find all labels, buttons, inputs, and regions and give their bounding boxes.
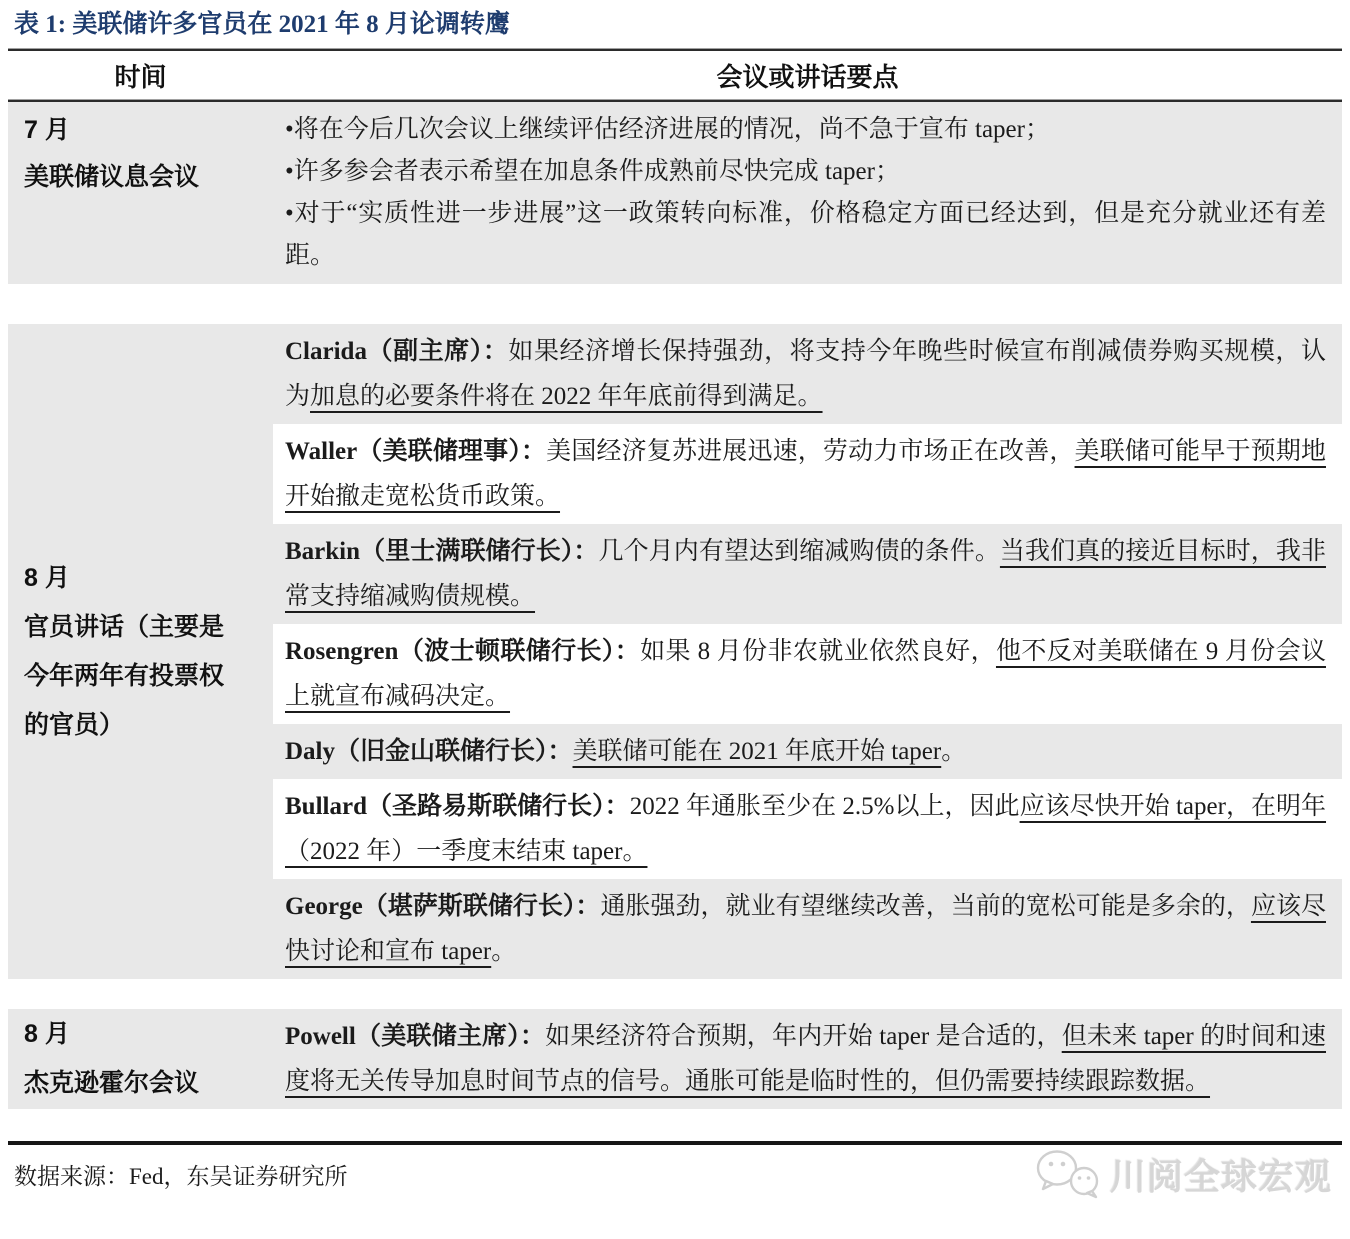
official-statement: George（堪萨斯联储行长）：通胀强劲，就业有望继续改善，当前的宽松可能是多余… <box>273 879 1342 979</box>
official-statement: Bullard（圣路易斯联储行长）：2022 年通胀至少在 2.5%以上，因此应… <box>273 779 1342 879</box>
content-cell: Powell（美联储主席）：如果经济符合预期，年内开始 taper 是合适的，但… <box>273 1009 1342 1109</box>
time-cell: 8 月官员讲话（主要是今年两年有投票权的官员） <box>8 324 273 979</box>
statement-text: 美国经济复苏进展迅速，劳动力市场正在改善， <box>546 438 1074 465</box>
statement-text: 如果 8 月份非农就业依然良好， <box>640 638 996 665</box>
underlined-text: 美联储可能在 2021 年底开始 taper <box>573 738 942 765</box>
statement-text: 。 <box>491 938 516 965</box>
header-points-column: 会议或讲话要点 <box>273 57 1342 94</box>
official-statement: Daly（旧金山联储行长）：美联储可能在 2021 年底开始 taper。 <box>273 724 1342 779</box>
official-name: Bullard（圣路易斯联储行长）： <box>285 793 630 820</box>
time-line: 8 月 <box>24 554 273 603</box>
row-gap <box>8 979 1342 1009</box>
time-line: 美联储议息会议 <box>24 154 273 201</box>
time-line: 8 月 <box>24 1010 273 1059</box>
table-bottom-rule <box>8 1141 1342 1145</box>
official-statement: Waller（美联储理事）：美国经济复苏进展迅速，劳动力市场正在改善，美联储可能… <box>273 424 1342 524</box>
content-cell: •将在今后几次会议上继续评估经济进展的情况，尚不急于宣布 taper；•许多参会… <box>273 102 1342 284</box>
statement-text: 几个月内有望达到缩减购债的条件。 <box>599 538 1000 565</box>
data-source-note: 数据来源：Fed，东吴证券研究所 <box>14 1158 1342 1191</box>
row-gap <box>8 284 1342 324</box>
table-header-row: 时间 会议或讲话要点 <box>8 51 1342 99</box>
bullet-list: •将在今后几次会议上继续评估经济进展的情况，尚不急于宣布 taper；•许多参会… <box>273 102 1342 284</box>
table-row: 8 月杰克逊霍尔会议Powell（美联储主席）：如果经济符合预期，年内开始 ta… <box>8 1009 1342 1109</box>
time-line: 杰克逊霍尔会议 <box>24 1059 273 1108</box>
header-time-column: 时间 <box>8 57 273 94</box>
time-line: 的官员） <box>24 701 273 750</box>
table-row: 7 月美联储议息会议•将在今后几次会议上继续评估经济进展的情况，尚不急于宣布 t… <box>8 102 1342 284</box>
statement-text: 2022 年通胀至少在 2.5%以上，因此 <box>630 793 1020 820</box>
time-line: 7 月 <box>24 107 273 154</box>
statement-text: 。 <box>941 738 966 765</box>
table-title: 表 1: 美联储许多官员在 2021 年 8 月论调转鹰 <box>14 10 1342 40</box>
report-table-snippet: 表 1: 美联储许多官员在 2021 年 8 月论调转鹰 时间 会议或讲话要点 … <box>0 0 1350 1239</box>
official-name: Powell（美联储主席）： <box>285 1023 545 1050</box>
time-cell: 7 月美联储议息会议 <box>8 102 273 284</box>
official-name: Rosengren（波士顿联储行长）： <box>285 638 640 665</box>
official-statement: Clarida（副主席）：如果经济增长保持强劲，将支持今年晚些时候宣布削减债券购… <box>273 324 1342 424</box>
statement-text: 通胀强劲，就业有望继续改善，当前的宽松可能是多余的， <box>600 893 1250 920</box>
official-statement: Powell（美联储主席）：如果经济符合预期，年内开始 taper 是合适的，但… <box>273 1009 1342 1109</box>
official-name: Clarida（副主席）： <box>285 338 508 365</box>
content-cell: Clarida（副主席）：如果经济增长保持强劲，将支持今年晚些时候宣布削减债券购… <box>273 324 1342 979</box>
official-name: Daly（旧金山联储行长）： <box>285 738 573 765</box>
time-line: 今年两年有投票权 <box>24 652 273 701</box>
time-line: 官员讲话（主要是 <box>24 603 273 652</box>
official-statement: Rosengren（波士顿联储行长）：如果 8 月份非农就业依然良好，他不反对美… <box>273 624 1342 724</box>
official-statement: Barkin（里士满联储行长）：几个月内有望达到缩减购债的条件。当我们真的接近目… <box>273 524 1342 624</box>
bullet-item: •对于“实质性进一步进展”这一政策转向标准，价格稳定方面已经达到，但是充分就业还… <box>285 193 1326 277</box>
table-body: 7 月美联储议息会议•将在今后几次会议上继续评估经济进展的情况，尚不急于宣布 t… <box>8 102 1342 1109</box>
bullet-item: •将在今后几次会议上继续评估经济进展的情况，尚不急于宣布 taper； <box>285 109 1326 151</box>
row-gap <box>8 1109 1342 1141</box>
statement-text: 如果经济符合预期，年内开始 taper 是合适的， <box>545 1023 1062 1050</box>
underlined-text: 加息的必要条件将在 2022 年年底前得到满足。 <box>310 383 823 410</box>
bullet-item: •许多参会者表示希望在加息条件成熟前尽快完成 taper； <box>285 151 1326 193</box>
time-cell: 8 月杰克逊霍尔会议 <box>8 1009 273 1109</box>
official-name: Waller（美联储理事）： <box>285 438 546 465</box>
official-name: Barkin（里士满联储行长）： <box>285 538 599 565</box>
table-row: 8 月官员讲话（主要是今年两年有投票权的官员）Clarida（副主席）：如果经济… <box>8 324 1342 979</box>
official-name: George（堪萨斯联储行长）： <box>285 893 600 920</box>
